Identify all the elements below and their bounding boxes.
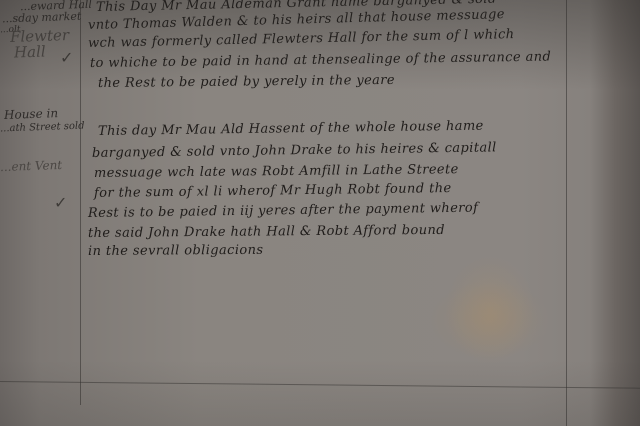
entry-2-line: for the sum of xl li wherof Mr Hugh Robt…	[94, 181, 452, 201]
bottom-margin-rule	[0, 381, 640, 389]
entry-2-line: messuage wch late was Robt Amfill in Lat…	[94, 162, 459, 181]
manuscript-page: ...eward Hall ...sday market ...olt Flew…	[0, 0, 640, 426]
margin-note: Hall	[14, 45, 46, 58]
entry-1-line: to whiche to be paid in hand at thenseal…	[90, 50, 551, 71]
entry-1-line: the Rest to be paied by yerely in the ye…	[98, 73, 395, 91]
entry-2-line: barganyed & sold vnto John Drake to his …	[92, 140, 497, 161]
margin-note: House in	[4, 107, 58, 121]
entry-2-line: Rest is to be paied in iij yeres after t…	[88, 201, 479, 221]
margin-note: ...ent Vent	[0, 159, 62, 173]
left-margin-rule	[80, 0, 81, 405]
entry-2-line: in the sevrall obligacions	[88, 243, 264, 259]
entry-2-line: the said John Drake hath Hall & Robt Aff…	[88, 223, 445, 241]
checkmark-icon: ✓	[54, 193, 67, 212]
margin-note: Flewter	[10, 29, 69, 43]
checkmark-icon: ✓	[60, 48, 73, 67]
entry-2-line: This day Mr Mau Ald Hassent of the whole…	[98, 119, 484, 139]
margin-note: ...ath Street sold	[0, 121, 85, 136]
water-stain	[445, 255, 535, 365]
right-margin-rule	[566, 0, 567, 426]
